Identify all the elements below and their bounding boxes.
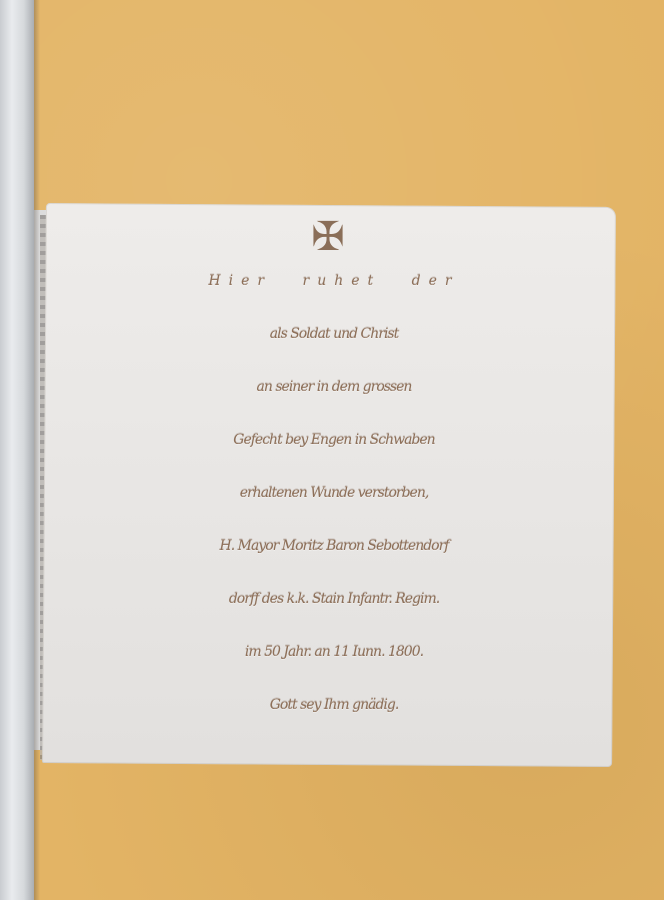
inscription-line-7: dorff des k.k. Stain Infantr. Regim. bbox=[60, 573, 608, 626]
inscription-line-6: H. Mayor Moritz Baron Sebottendorf bbox=[60, 520, 608, 573]
inscription: Hier ruhet der als Soldat und Christ an … bbox=[60, 255, 608, 732]
inscription-line-5: erhaltenen Wunde verstorben, bbox=[60, 467, 608, 520]
inscription-line-2: als Soldat und Christ bbox=[60, 308, 608, 361]
inscription-line-4: Gefecht bey Engen in Schwaben bbox=[60, 414, 608, 467]
inscription-line-9: Gott sey Ihm gnädig. bbox=[60, 679, 608, 732]
drainpipe bbox=[0, 0, 34, 900]
inscription-line-8: im 50 Jahr. an 11 Iunn. 1800. bbox=[60, 626, 608, 679]
inscription-line-1: Hier ruhet der bbox=[60, 255, 608, 308]
inscription-line-3: an seiner in dem grossen bbox=[60, 361, 608, 414]
